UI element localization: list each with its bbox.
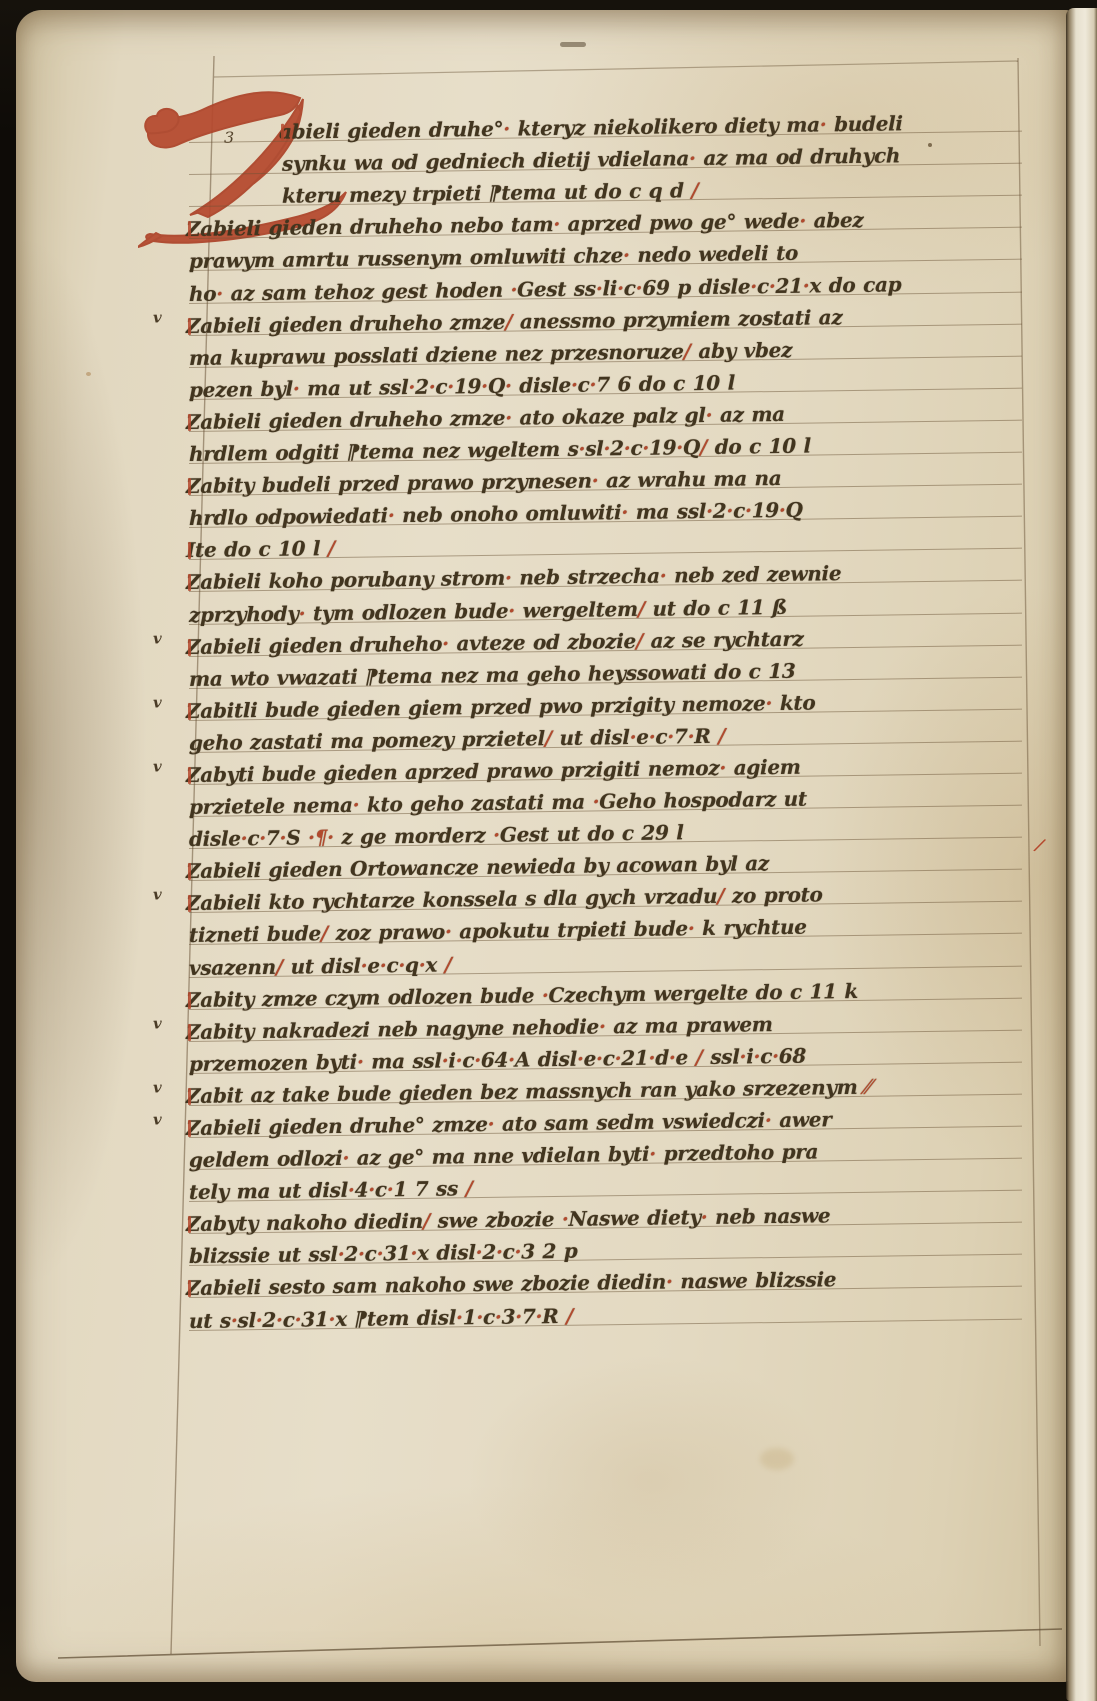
margin-mark: v [153,693,162,711]
margin-mark: v [153,1014,162,1032]
ink-speck [928,143,932,147]
next-page-edge [1066,8,1097,1701]
photo-backdrop: 3 abieli gieden druhe°· kteryz niekolike… [0,0,1097,1701]
margin-mark: v [153,1110,162,1128]
margin-mark: v [153,629,162,647]
ink-speck [560,42,586,47]
stain-speck [760,1448,794,1470]
margin-mark: v [153,308,162,326]
stain-speck [86,372,91,376]
margin-mark: v [153,886,162,904]
margin-mark: v [153,1078,162,1096]
text-block: abieli gieden druhe°· kteryz niekolikero… [189,100,1022,1331]
margin-mark: v [153,757,162,775]
